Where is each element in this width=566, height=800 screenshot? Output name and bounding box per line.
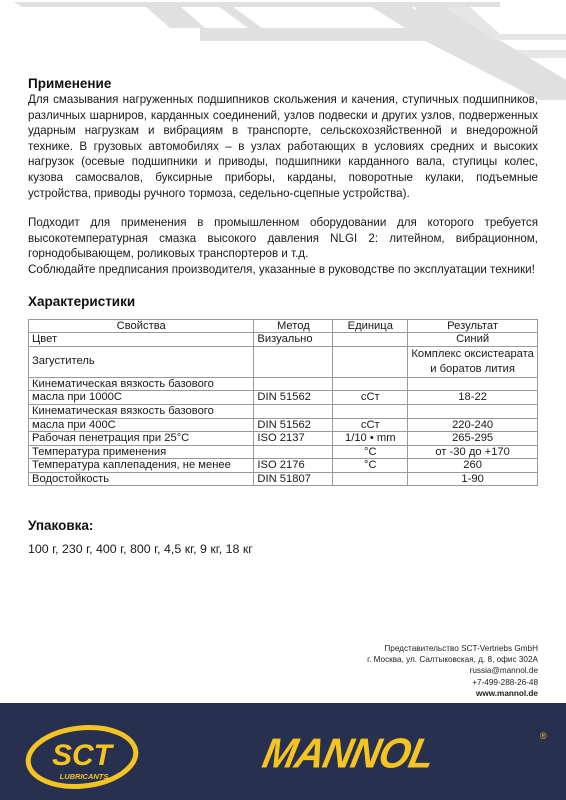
table-cell (333, 377, 408, 391)
contact-email[interactable]: russia@mannol.de (367, 665, 538, 676)
table-cell: Загуститель (29, 346, 254, 377)
table-cell: сСт (333, 418, 408, 432)
table-cell (254, 377, 333, 391)
table-cell (333, 333, 408, 347)
characteristics-heading: Характеристики (28, 294, 538, 310)
application-paragraph-1: Для смазывания нагруженных подшипников с… (28, 92, 538, 201)
table-cell: масла при 1000С (29, 391, 254, 405)
table-cell: DIN 51562 (254, 391, 333, 405)
sct-logo-text: SCT (52, 739, 115, 772)
table-cell: 260 (408, 459, 538, 473)
table-cell: Визуально (254, 333, 333, 347)
table-cell: Рабочая пенетрация при 25°C (29, 432, 254, 446)
table-cell: от -30 до +170 (408, 445, 538, 459)
table-cell: масла при 400С (29, 418, 254, 432)
table-cell (254, 445, 333, 459)
table-header-row: Свойства Метод Единица Результат (29, 319, 538, 333)
table-cell (408, 377, 538, 391)
table-cell: 220-240 (408, 418, 538, 432)
table-row: Рабочая пенетрация при 25°CISO 21371/10 … (29, 432, 538, 446)
table-cell: 1/10 • mm (333, 432, 408, 446)
table-cell (254, 404, 333, 418)
application-paragraph-3: Соблюдайте предписания производителя, ук… (28, 262, 538, 278)
table-cell: Кинематическая вязкость базового (29, 377, 254, 391)
table-row: масла при 400СDIN 51562сСт220-240 (29, 418, 538, 432)
contact-company: Представительство SCT-Vertriebs GmbH (367, 643, 538, 654)
table-cell: °C (333, 445, 408, 459)
table-row: Температура каплепадения, не менееISO 21… (29, 459, 538, 473)
table-cell: Цвет (29, 333, 254, 347)
table-row: ЦветВизуальноСиний (29, 333, 538, 347)
table-cell: °C (333, 459, 408, 473)
packaging-heading: Упаковка: (28, 518, 538, 534)
table-cell: Температура применения (29, 445, 254, 459)
table-cell: ISO 2137 (254, 432, 333, 446)
table-cell: DIN 51562 (254, 418, 333, 432)
application-heading: Применение (28, 76, 538, 92)
registered-mark: ® (540, 731, 547, 741)
table-cell: Температура каплепадения, не менее (29, 459, 254, 473)
table-cell: Синий (408, 333, 538, 347)
table-cell (254, 346, 333, 377)
table-cell: Кинематическая вязкость базового (29, 404, 254, 418)
contact-phone: +7-499-288-26-48 (367, 677, 538, 688)
table-cell: ISO 2176 (254, 459, 333, 473)
packaging-sizes: 100 г, 230 г, 400 г, 800 г, 4,5 кг, 9 кг… (28, 542, 538, 556)
table-cell: DIN 51807 (254, 472, 333, 486)
mannol-logo: MANNOL ® (268, 733, 548, 775)
characteristics-table: Свойства Метод Единица Результат ЦветВиз… (28, 319, 538, 487)
table-row: Температура применения°Cот -30 до +170 (29, 445, 538, 459)
table-cell (333, 404, 408, 418)
sct-logo-subtext: LUBRICANTS (60, 772, 109, 781)
table-cell: 1-90 (408, 472, 538, 486)
table-cell: 18-22 (408, 391, 538, 405)
table-row: масла при 1000СDIN 51562сСт18-22 (29, 391, 538, 405)
table-cell: сСт (333, 391, 408, 405)
table-row: ЗагустительКомплекс оксистеарата и борат… (29, 346, 538, 377)
contact-website-link[interactable]: www.mannol.de (367, 688, 538, 699)
column-header: Результат (408, 319, 538, 333)
application-paragraph-2: Подходит для применения в промышленном о… (28, 215, 538, 262)
sct-lubricants-logo: SCT LUBRICANTS (24, 725, 144, 789)
table-row: ВодостойкостьDIN 518071-90 (29, 472, 538, 486)
contact-block: Представительство SCT-Vertriebs GmbH г. … (367, 643, 538, 699)
column-header: Единица (333, 319, 408, 333)
column-header: Свойства (29, 319, 254, 333)
table-cell: 265-295 (408, 432, 538, 446)
table-row: Кинематическая вязкость базового (29, 377, 538, 391)
table-cell (408, 404, 538, 418)
footer-band: SCT LUBRICANTS MANNOL ® (0, 703, 566, 800)
document-body: Применение Для смазывания нагруженных по… (28, 76, 538, 556)
contact-address: г. Москва, ул. Салтыковская, д. 8, офис … (367, 654, 538, 665)
column-header: Метод (254, 319, 333, 333)
table-cell: Водостойкость (29, 472, 254, 486)
table-cell (333, 472, 408, 486)
table-cell: Комплекс оксистеарата и боратов лития (408, 346, 538, 377)
mannol-logo-text: MANNOL (259, 733, 437, 775)
table-row: Кинематическая вязкость базового (29, 404, 538, 418)
table-cell (333, 346, 408, 377)
